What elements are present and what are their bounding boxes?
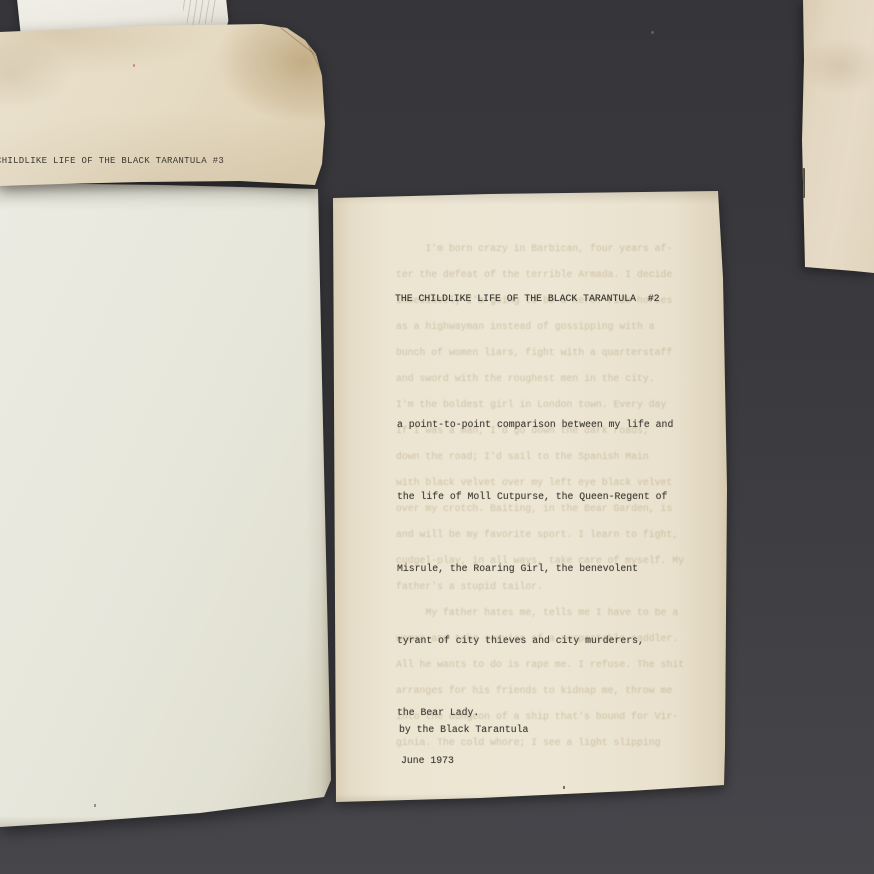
- paper-stack-page-edges: [178, 0, 218, 26]
- booklet-3-cover-surface: CHILDLIKE LIFE OF THE BLACK TARANTULA #3…: [0, 24, 332, 192]
- title-page-surface: I'm born crazy in Barbican, four years a…: [330, 188, 730, 806]
- ghost-text-line: bunch of women liars, fight with a quart…: [396, 347, 672, 358]
- photo-background: I'm born crazy in Barbican, four years a…: [0, 0, 874, 874]
- side-booklet-cover: [798, 0, 874, 276]
- paragraph-line: a point-to-point comparison between my l…: [397, 413, 673, 437]
- title-page-date: June 1973: [401, 755, 454, 766]
- paragraph-line: Misrule, the Roaring Girl, the benevolen…: [397, 557, 673, 581]
- paragraph-line: tyrant of city thieves and city murderer…: [397, 629, 673, 653]
- title-page-byline: by the Black Tarantula: [399, 724, 528, 735]
- open-book-right-page: I'm born crazy in Barbican, four years a…: [330, 188, 730, 806]
- page-bottom-edge: [0, 816, 336, 832]
- open-book-left-page: [0, 180, 336, 832]
- ghost-text-line: I'm born crazy in Barbican, four years a…: [396, 243, 672, 254]
- paragraph-line: the Bear Lady.: [397, 701, 673, 725]
- paper-speck: [563, 786, 565, 789]
- page-bottom-edge-shadow: [330, 794, 730, 806]
- title-page-title: THE CHILDLIKE LIFE OF THE BLACK TARANTUL…: [395, 293, 660, 304]
- paper-speck: [94, 804, 96, 807]
- corner-crease: [306, 40, 324, 76]
- staple: [800, 168, 805, 198]
- dust-speck: [651, 31, 654, 34]
- booklet-3-title: CHILDLIKE LIFE OF THE BLACK TARANTULA #3: [0, 156, 224, 166]
- left-page-surface: [0, 180, 336, 832]
- title-page-paragraph: a point-to-point comparison between my l…: [397, 365, 673, 773]
- ghost-text-line: ter the defeat of the terrible Armada. I…: [396, 269, 672, 280]
- side-booklet: [798, 0, 874, 276]
- booklet-3-cover: CHILDLIKE LIFE OF THE BLACK TARANTULA #3…: [0, 24, 332, 192]
- paragraph-line: the life of Moll Cutpurse, the Queen-Reg…: [397, 485, 673, 509]
- ink-fleck: [133, 64, 135, 67]
- ghost-text-line: as a highwayman instead of gossipping wi…: [396, 321, 655, 332]
